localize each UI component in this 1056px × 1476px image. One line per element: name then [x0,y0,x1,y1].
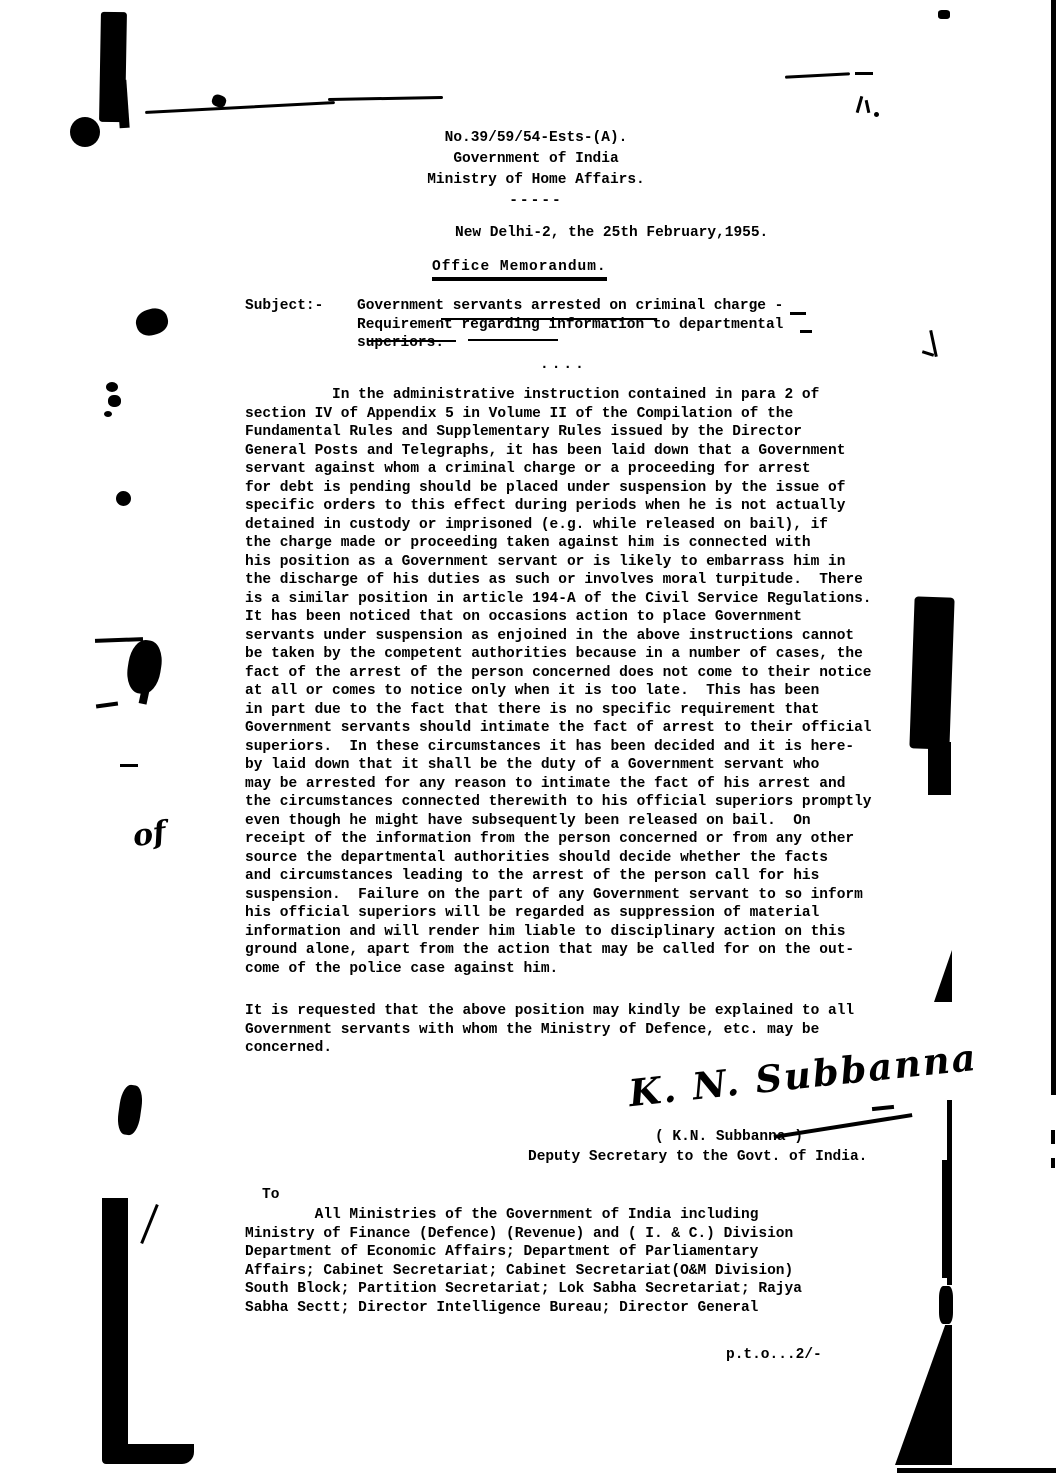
ink-bar-right-tail [928,742,951,795]
ink-bar-bottom-right [942,1160,952,1278]
pto-note: p.t.o...2/- [726,1346,822,1365]
ink-dash-near-pto [872,1105,894,1111]
ink-blob-left [124,638,165,696]
reference-number: No.39/59/54-Ests-(A). [408,128,664,149]
signature-typed-name: ( K.N. Subbanna ) [655,1128,803,1147]
subject-text: Government servants arrested on criminal… [357,297,783,353]
signature-designation: Deputy Secretary to the Govt. of India. [528,1148,867,1167]
page-edge-strip [1051,1130,1055,1144]
memo-title-text: Office Memorandum. [432,259,607,281]
ink-blob-left [108,395,121,407]
page-edge-strip [1051,0,1056,1095]
ink-speck [104,411,112,417]
ink-bar-right [909,596,954,749]
ink-bar-bottom-left [102,1198,128,1450]
ink-wedge-right [934,950,952,1002]
org-name: Government of India [408,149,664,170]
page-edge-strip [1051,1158,1055,1168]
ink-dash-left [120,764,138,767]
ink-bar-top-left-tail [116,80,129,129]
ink-dot-left [116,491,131,506]
ink-blob-left [106,382,118,392]
margin-note-of: of [132,824,167,847]
ink-wedge-bottom-right [895,1325,952,1465]
memo-header: No.39/59/54-Ests-(A). Government of Indi… [408,128,664,212]
scratch-mark [140,1204,159,1244]
recipients-list: All Ministries of the Government of Indi… [245,1206,905,1317]
subject-dash [790,312,806,315]
pen-squiggle [874,112,879,117]
ink-blob-tail [139,689,150,704]
ink-dot-top-left [70,117,100,147]
crease-line [855,72,873,75]
ink-speck [938,10,950,19]
pen-squiggle [856,96,864,113]
crease-line [785,72,850,78]
crease-line [328,96,443,101]
subject-underline [468,339,558,341]
header-divider: ----- [408,191,664,212]
subject-block: Subject:- Government servants arrested o… [245,297,845,353]
ink-dash-left [96,701,118,708]
body-paragraph-2: It is requested that the above position … [245,1002,910,1058]
pen-squiggle [865,100,871,113]
ink-blob-left-lower [116,1084,145,1137]
dateline: New Delhi-2, the 25th February,1955. [455,224,768,243]
body-paragraph-1: In the administrative instruction contai… [245,386,910,978]
ink-blob-bottom-right [939,1286,953,1324]
margin-tick [922,350,934,357]
ink-bar-bottom-left-foot [102,1444,194,1464]
section-divider-dots: .... [540,356,587,375]
subject-underline [441,318,657,320]
ink-dash-left [95,637,143,643]
subject-underline [368,340,456,342]
to-label: To [262,1186,279,1205]
subject-dash [800,330,812,333]
subject-label: Subject:- [245,297,357,353]
crease-line [145,101,335,114]
scanned-memo-page: No.39/59/54-Ests-(A). Government of Indi… [0,0,1056,1476]
memo-title: Office Memorandum. [432,258,607,277]
bottom-edge-line [897,1468,1056,1473]
ministry-name: Ministry of Home Affairs. [408,170,664,191]
ink-blob-left [133,305,171,339]
